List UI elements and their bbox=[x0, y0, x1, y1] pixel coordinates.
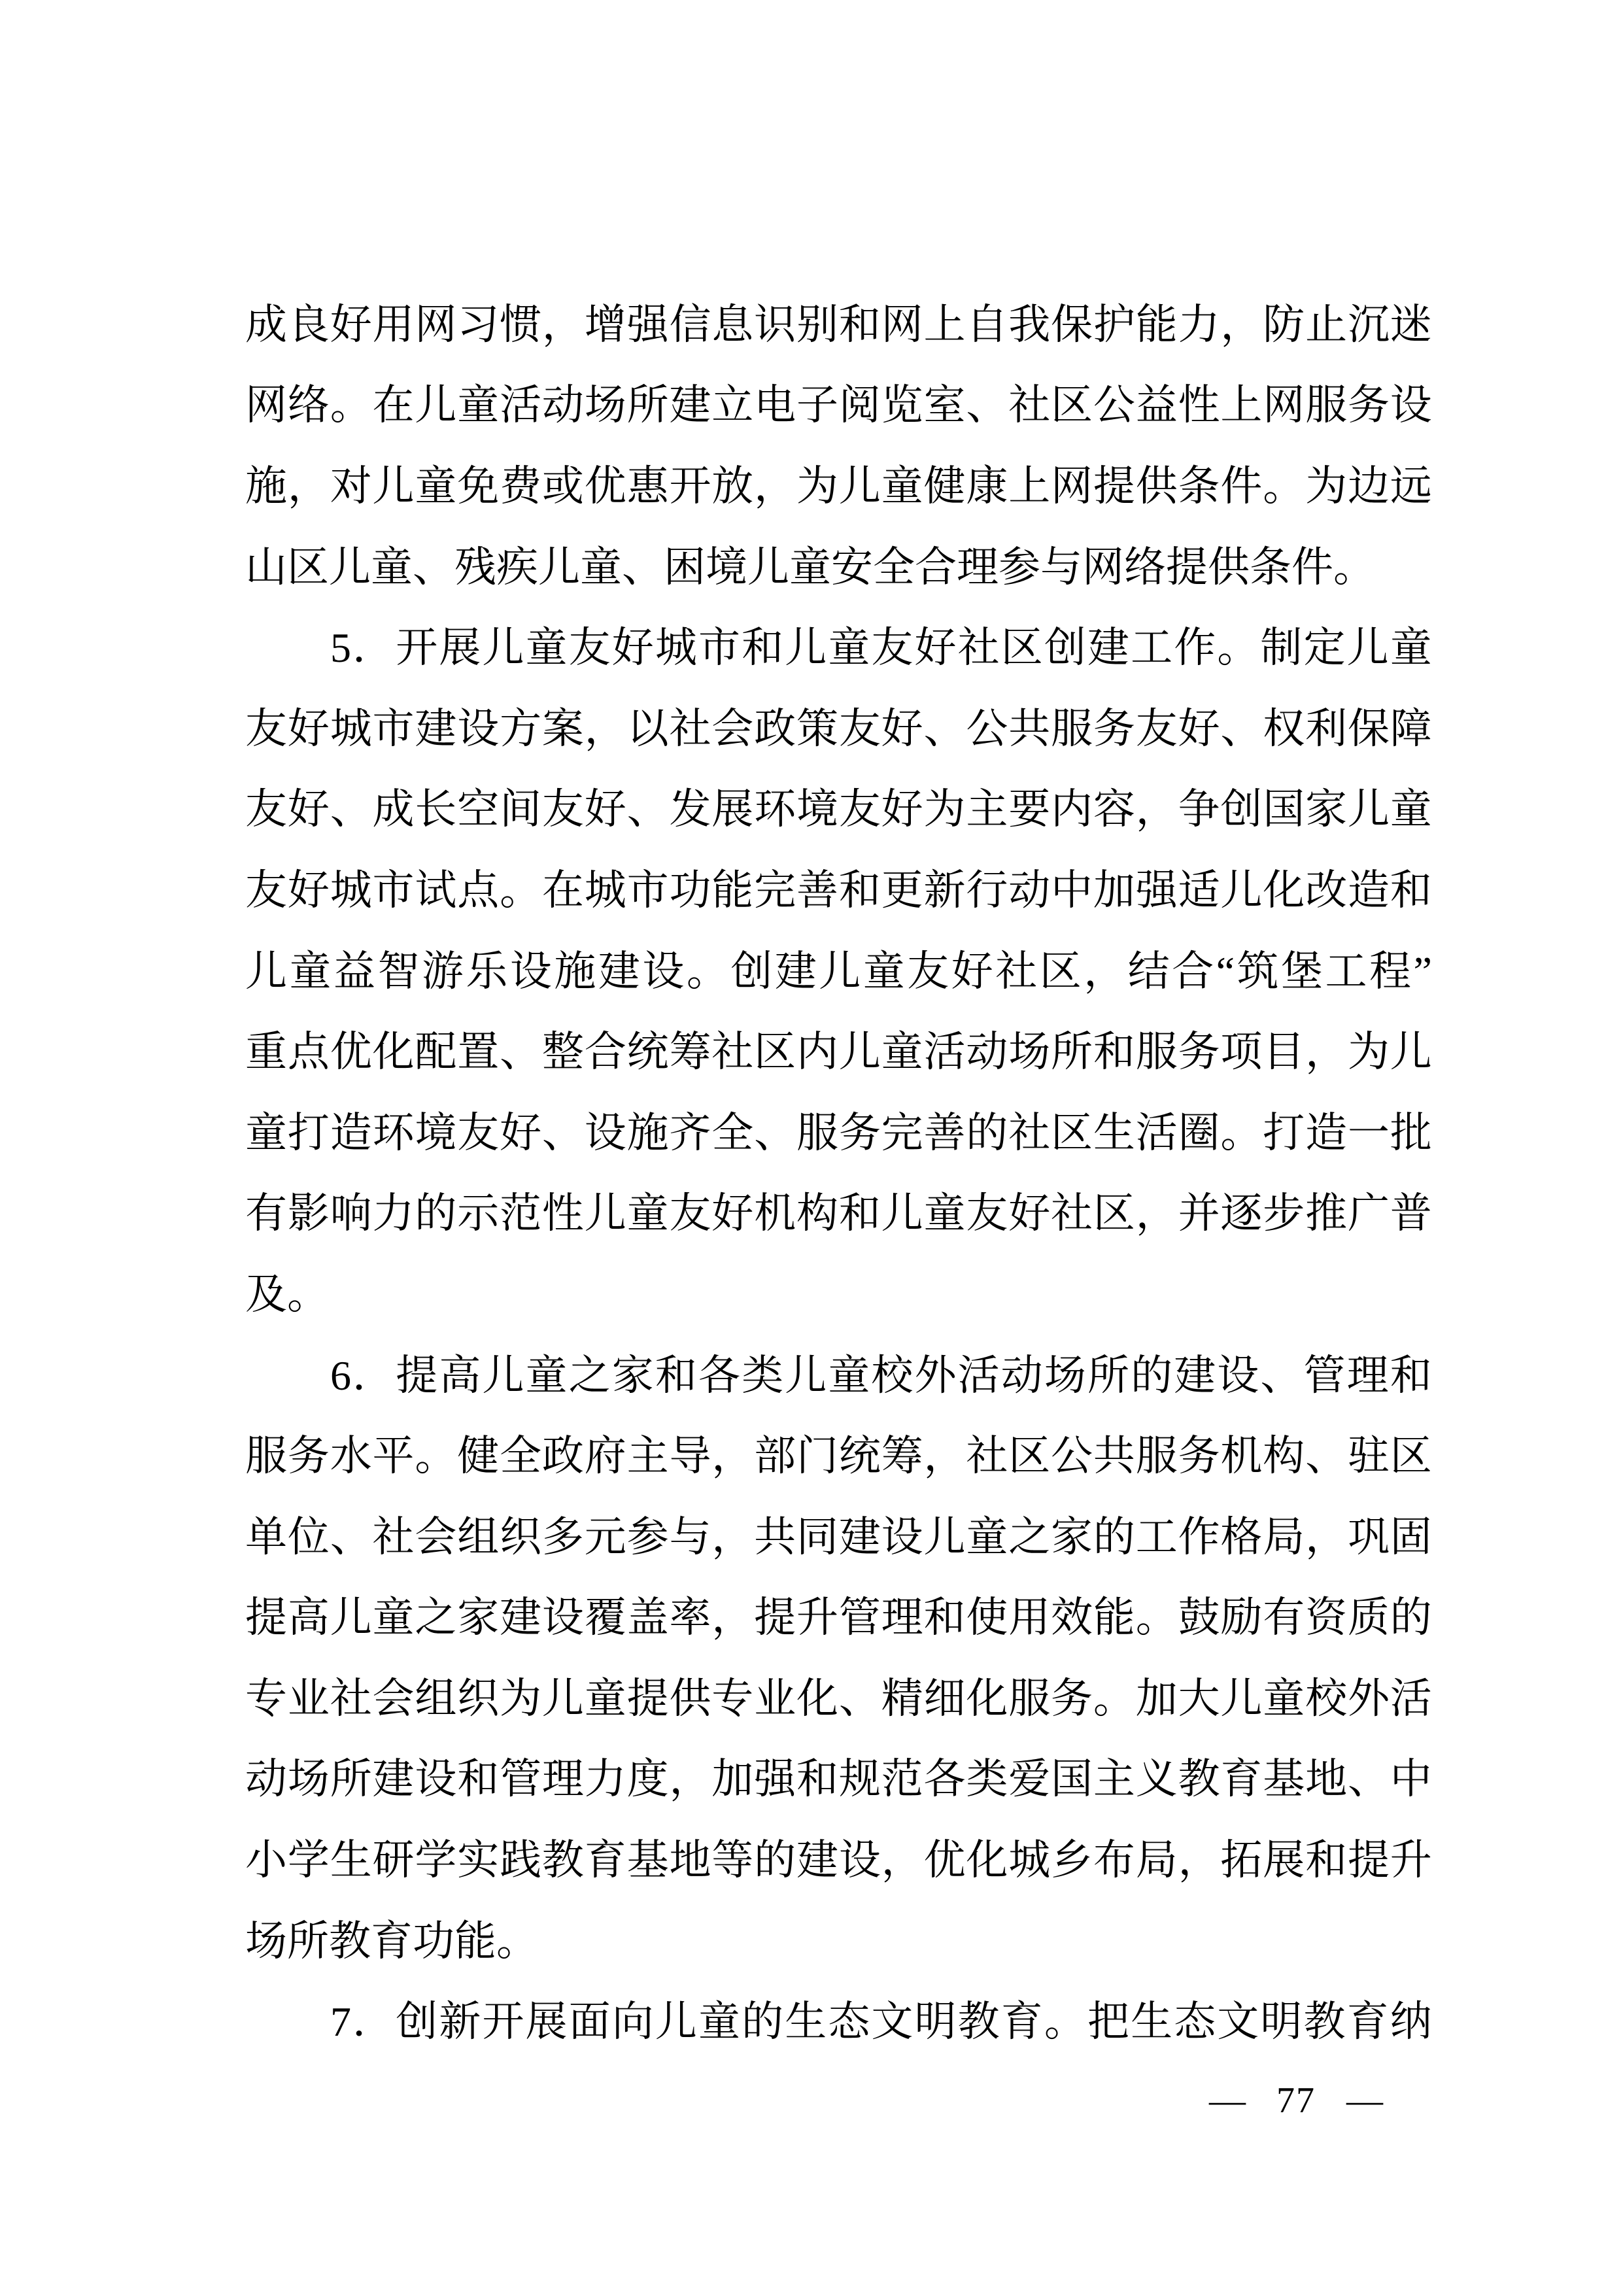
text-line: 有影响力的示范性儿童友好机构和儿童友好社区，并逐步推广普 bbox=[245, 1174, 1432, 1255]
char: 学 bbox=[288, 1840, 330, 1881]
char: 环 bbox=[373, 1112, 415, 1154]
char: 细 bbox=[924, 1678, 966, 1720]
char: 社 bbox=[711, 1031, 753, 1073]
char: 内 bbox=[796, 1031, 838, 1073]
char: 各 bbox=[924, 1758, 966, 1800]
char: 定 bbox=[1304, 627, 1346, 669]
char: 络 bbox=[1124, 547, 1166, 589]
char: 展 bbox=[1263, 1840, 1305, 1881]
char: 、 bbox=[627, 789, 669, 831]
char: 机 bbox=[754, 1193, 796, 1235]
char: 管 bbox=[1304, 1355, 1346, 1397]
char: 点 bbox=[288, 1031, 330, 1073]
char: 研 bbox=[373, 1840, 415, 1881]
char: 政 bbox=[542, 1435, 584, 1477]
char: 基 bbox=[627, 1840, 669, 1881]
char: 为 bbox=[796, 466, 838, 507]
char: 残 bbox=[454, 547, 496, 589]
char: 广 bbox=[1348, 1193, 1390, 1235]
char: 会 bbox=[415, 1516, 456, 1558]
char: 迷 bbox=[1390, 304, 1432, 346]
char: 络 bbox=[288, 385, 330, 426]
char: 童 bbox=[1390, 789, 1432, 831]
char: ． bbox=[352, 627, 394, 669]
char: 区 bbox=[1001, 627, 1043, 669]
char: 配 bbox=[415, 1031, 456, 1073]
char: 社 bbox=[958, 627, 1000, 669]
char: 国 bbox=[1263, 789, 1305, 831]
char: 公 bbox=[966, 708, 1008, 750]
char: 动 bbox=[542, 385, 584, 426]
char: 重 bbox=[245, 1031, 287, 1073]
char: 疾 bbox=[496, 547, 538, 589]
char: 儿 bbox=[881, 1193, 923, 1235]
char: 巩 bbox=[1348, 1516, 1390, 1558]
char: 批 bbox=[1390, 1112, 1432, 1154]
char: 鼓 bbox=[1178, 1597, 1220, 1639]
char: 益 bbox=[333, 951, 375, 993]
char: 童 bbox=[371, 547, 413, 589]
char: 类 bbox=[966, 1758, 1008, 1800]
char: 合 bbox=[915, 547, 957, 589]
char: 局 bbox=[1263, 1516, 1305, 1558]
char: 能 bbox=[454, 1921, 496, 1962]
char: 造 bbox=[1305, 1112, 1347, 1154]
text-line: 重点优化配置、整合统筹社区内儿童活动场所和服务项目，为儿 bbox=[245, 1012, 1432, 1093]
char: 教 bbox=[542, 1840, 584, 1881]
char: 在 bbox=[542, 870, 584, 912]
char: 为 bbox=[500, 1678, 541, 1720]
char: 区 bbox=[1051, 1112, 1093, 1154]
text-line: 场所教育功能。 bbox=[245, 1901, 1432, 1982]
char: 或 bbox=[542, 466, 584, 507]
char: 、 bbox=[542, 1112, 584, 1154]
char: 儿 bbox=[747, 547, 789, 589]
char: 止 bbox=[1305, 304, 1347, 346]
char: 与 bbox=[669, 1516, 711, 1558]
char: 工 bbox=[1136, 1516, 1178, 1558]
char: 童 bbox=[457, 385, 499, 426]
char: 社 bbox=[1008, 385, 1050, 426]
char: 和 bbox=[796, 1758, 838, 1800]
char: 公 bbox=[1051, 1435, 1093, 1477]
char: 沉 bbox=[1348, 304, 1390, 346]
char: 7 bbox=[330, 2001, 351, 2043]
char: 设 bbox=[542, 1597, 584, 1639]
char: 。 bbox=[1217, 627, 1259, 669]
char: 合 bbox=[1172, 951, 1214, 993]
char: ， bbox=[1136, 789, 1178, 831]
char: 社 bbox=[373, 1516, 415, 1558]
char: 作 bbox=[1174, 627, 1216, 669]
char: 加 bbox=[1093, 870, 1135, 912]
char: 完 bbox=[881, 1112, 923, 1154]
char: 和 bbox=[839, 870, 881, 912]
char: 友 bbox=[669, 1193, 711, 1235]
char: 、 bbox=[622, 547, 664, 589]
char: 童 bbox=[1390, 627, 1432, 669]
char: 推 bbox=[1305, 1193, 1347, 1235]
char: 善 bbox=[796, 870, 838, 912]
char: 之 bbox=[569, 1355, 611, 1397]
char: 乐 bbox=[466, 951, 507, 993]
char: 惯 bbox=[500, 304, 541, 346]
char: 化 bbox=[1263, 870, 1305, 912]
char: 打 bbox=[288, 1112, 330, 1154]
char: 建 bbox=[415, 708, 456, 750]
char: 服 bbox=[1305, 385, 1347, 426]
char: 态 bbox=[828, 2001, 870, 2043]
char: 上 bbox=[924, 304, 966, 346]
char: 并 bbox=[1178, 1193, 1220, 1235]
char: 一 bbox=[1348, 1112, 1390, 1154]
char: 信 bbox=[669, 304, 711, 346]
char: 务 bbox=[288, 1435, 330, 1477]
char: 堡 bbox=[1281, 951, 1323, 993]
char: 的 bbox=[742, 2001, 783, 2043]
char: 城 bbox=[655, 627, 697, 669]
char: 筑 bbox=[1237, 951, 1279, 993]
char: 自 bbox=[966, 304, 1008, 346]
char: 保 bbox=[1348, 708, 1390, 750]
char: 务 bbox=[1178, 1031, 1220, 1073]
char: 所 bbox=[1051, 1031, 1093, 1073]
char: 设 bbox=[457, 708, 499, 750]
char: 影 bbox=[288, 1193, 330, 1235]
char: 织 bbox=[500, 1516, 541, 1558]
char: 。 bbox=[500, 870, 541, 912]
char: 和 bbox=[839, 304, 881, 346]
char: 作 bbox=[1178, 1516, 1220, 1558]
char: 我 bbox=[1008, 304, 1050, 346]
char: 点 bbox=[457, 870, 499, 912]
char: 社 bbox=[1008, 1112, 1050, 1154]
char: 的 bbox=[1390, 1597, 1432, 1639]
char: 和 bbox=[457, 1758, 499, 1800]
char: 活 bbox=[958, 1355, 1000, 1397]
char: 权 bbox=[1263, 708, 1305, 750]
char: 适 bbox=[1178, 870, 1220, 912]
char: 导 bbox=[669, 1435, 711, 1477]
char: 件 bbox=[1220, 466, 1262, 507]
char: 盖 bbox=[627, 1597, 669, 1639]
char: 率 bbox=[669, 1597, 711, 1639]
char: ， bbox=[1305, 1516, 1347, 1558]
char: 好 bbox=[585, 789, 626, 831]
text-line: 童打造环境友好、设施齐全、服务完善的社区生活圈。打造一批 bbox=[245, 1093, 1432, 1174]
char: ． bbox=[352, 2001, 394, 2043]
char: 好 bbox=[1178, 708, 1220, 750]
char: 所 bbox=[287, 1921, 329, 1962]
char: 童 bbox=[526, 1355, 568, 1397]
char: 力 bbox=[585, 1758, 626, 1800]
char: 理 bbox=[957, 547, 999, 589]
char: 为 bbox=[1305, 466, 1347, 507]
char: 试 bbox=[415, 870, 456, 912]
char: 专 bbox=[245, 1678, 287, 1720]
char: 的 bbox=[754, 1840, 796, 1881]
char: 儿 bbox=[415, 385, 456, 426]
char: 参 bbox=[627, 1516, 669, 1558]
char: 制 bbox=[1260, 627, 1302, 669]
char: 元 bbox=[585, 1516, 626, 1558]
char: 专 bbox=[711, 1678, 753, 1720]
char: 理 bbox=[542, 1758, 584, 1800]
char: 逐 bbox=[1220, 1193, 1262, 1235]
char: 和 bbox=[655, 1355, 697, 1397]
char: 之 bbox=[415, 1597, 456, 1639]
char: 供 bbox=[669, 1678, 711, 1720]
char: 友 bbox=[457, 1112, 499, 1154]
text-line: 及。 bbox=[245, 1254, 1432, 1335]
char: 家 bbox=[457, 1597, 499, 1639]
text-line: 7．创新开展面向儿童的生态文明教育。把生态文明教育纳 bbox=[245, 1981, 1432, 2063]
char: 条 bbox=[1178, 466, 1220, 507]
char: 业 bbox=[288, 1678, 330, 1720]
char: 完 bbox=[754, 870, 796, 912]
char: 设 bbox=[1390, 385, 1432, 426]
char: 建 bbox=[669, 385, 711, 426]
char: 要 bbox=[1008, 789, 1050, 831]
char: 大 bbox=[1178, 1678, 1220, 1720]
char: 同 bbox=[796, 1516, 838, 1558]
char: 安 bbox=[831, 547, 873, 589]
char: 好 bbox=[612, 627, 654, 669]
char: 区 bbox=[754, 1031, 796, 1073]
char: 小 bbox=[245, 1840, 287, 1881]
char: 提 bbox=[1093, 466, 1135, 507]
page-number-value: 77 bbox=[1276, 2082, 1316, 2119]
char: 童 bbox=[966, 1516, 1008, 1558]
char: 友 bbox=[839, 708, 881, 750]
char: 益 bbox=[1136, 385, 1178, 426]
char: 地 bbox=[669, 1840, 711, 1881]
char: 童 bbox=[627, 1193, 669, 1235]
char: 校 bbox=[871, 1355, 913, 1397]
char: 境 bbox=[796, 789, 838, 831]
char: 施 bbox=[554, 951, 596, 993]
char: 位 bbox=[288, 1516, 330, 1558]
char: 儿 bbox=[542, 1678, 584, 1720]
char: 康 bbox=[966, 466, 1008, 507]
char: 水 bbox=[330, 1435, 372, 1477]
char: 费 bbox=[500, 466, 541, 507]
char: 建 bbox=[1087, 627, 1129, 669]
char: 动 bbox=[1001, 1355, 1043, 1397]
char: 会 bbox=[711, 708, 753, 750]
char: 习 bbox=[457, 304, 499, 346]
text-line: 成良好用网习惯，增强信息识别和网上自我保护能力，防止沉迷 bbox=[245, 284, 1432, 366]
char: 儿 bbox=[538, 547, 580, 589]
char: 构 bbox=[796, 1193, 838, 1235]
char: 行 bbox=[966, 870, 1008, 912]
char: 地 bbox=[1305, 1758, 1347, 1800]
text-line: 提高儿童之家建设覆盖率，提升管理和使用效能。鼓励有资质的 bbox=[245, 1578, 1432, 1659]
char: 边 bbox=[1348, 466, 1390, 507]
char: 家 bbox=[612, 1355, 654, 1397]
char: 用 bbox=[1008, 1597, 1050, 1639]
char: 学 bbox=[415, 1840, 456, 1881]
char: 主 bbox=[966, 789, 1008, 831]
char: 网 bbox=[245, 385, 287, 426]
char: 设 bbox=[1217, 1355, 1259, 1397]
text-line: 单位、社会组织多元参与，共同建设儿童之家的工作格局，巩固 bbox=[245, 1497, 1432, 1578]
char: 儿 bbox=[1390, 1031, 1432, 1073]
char: 升 bbox=[796, 1597, 838, 1639]
char: 资 bbox=[1305, 1597, 1347, 1639]
char: 范 bbox=[881, 1758, 923, 1800]
char: 童 bbox=[526, 627, 568, 669]
char: 整 bbox=[542, 1031, 584, 1073]
char: 有 bbox=[245, 1193, 287, 1235]
char: 好 bbox=[288, 870, 330, 912]
char: 容 bbox=[1093, 789, 1135, 831]
char: ， bbox=[585, 708, 626, 750]
char: 好 bbox=[711, 1193, 753, 1235]
char: 童 bbox=[698, 2001, 740, 2043]
char: ， bbox=[1220, 304, 1262, 346]
char: 设 bbox=[839, 1840, 881, 1881]
char: 全 bbox=[873, 547, 915, 589]
text-line: 服务水平。健全政府主导，部门统筹，社区公共服务机构、驻区 bbox=[245, 1416, 1432, 1497]
text-line: 山区儿童、残疾儿童、困境儿童安全合理参与网络提供条件。 bbox=[245, 527, 1432, 608]
char: 单 bbox=[245, 1516, 287, 1558]
char: 程 bbox=[1369, 951, 1411, 993]
char: 建 bbox=[500, 1597, 541, 1639]
char: 、 bbox=[1260, 1355, 1302, 1397]
char: 动 bbox=[245, 1758, 287, 1800]
char: 区 bbox=[1093, 1193, 1135, 1235]
char: 童 bbox=[245, 1112, 287, 1154]
char: 童 bbox=[585, 1678, 626, 1720]
char: 布 bbox=[1093, 1840, 1135, 1881]
char: 加 bbox=[711, 1758, 753, 1800]
char: 好 bbox=[915, 627, 957, 669]
char: 童 bbox=[1263, 1678, 1305, 1720]
char: 童 bbox=[881, 466, 923, 507]
char: 圈 bbox=[1178, 1112, 1220, 1154]
char: 齐 bbox=[669, 1112, 711, 1154]
char: 长 bbox=[415, 789, 456, 831]
char: 把 bbox=[1087, 2001, 1129, 2043]
char: 强 bbox=[627, 304, 669, 346]
char: 活 bbox=[500, 385, 541, 426]
char: 市 bbox=[698, 627, 740, 669]
char: 息 bbox=[711, 304, 753, 346]
char: 响 bbox=[330, 1193, 372, 1235]
char: 优 bbox=[585, 466, 626, 507]
char: 儿 bbox=[785, 627, 827, 669]
char: 市 bbox=[373, 708, 415, 750]
char: 和 bbox=[1305, 1840, 1347, 1881]
char: 童 bbox=[789, 547, 831, 589]
char: 效 bbox=[1051, 1597, 1093, 1639]
char: 力 bbox=[1178, 304, 1220, 346]
char: 上 bbox=[1008, 466, 1050, 507]
char: 。 bbox=[330, 385, 372, 426]
text-line: 6．提高儿童之家和各类儿童校外活动场所的建设、管理和 bbox=[245, 1335, 1432, 1416]
char: 以 bbox=[627, 708, 669, 750]
char: 育 bbox=[371, 1921, 413, 1962]
char: 教 bbox=[329, 1921, 371, 1962]
char: 开 bbox=[482, 2001, 524, 2043]
char: 有 bbox=[1263, 1597, 1305, 1639]
char: 施 bbox=[245, 466, 287, 507]
body-text: 成良好用网习惯，增强信息识别和网上自我保护能力，防止沉迷 网络。在儿童活动场所建… bbox=[245, 284, 1432, 2063]
char: 儿 bbox=[785, 1355, 827, 1397]
char: 健 bbox=[924, 466, 966, 507]
char: 和 bbox=[839, 1193, 881, 1235]
char: 育 bbox=[1347, 2001, 1389, 2043]
char: 城 bbox=[330, 870, 372, 912]
char: 和 bbox=[742, 627, 783, 669]
char: ， bbox=[1305, 1031, 1347, 1073]
char: 上 bbox=[1220, 385, 1262, 426]
char: 儿 bbox=[1220, 870, 1262, 912]
char: 儿 bbox=[482, 627, 524, 669]
char: 和 bbox=[1390, 870, 1432, 912]
char: 区 bbox=[1040, 951, 1082, 993]
char: 业 bbox=[754, 1678, 796, 1720]
char: 中 bbox=[1051, 870, 1093, 912]
char: 服 bbox=[1136, 1435, 1178, 1477]
char: 的 bbox=[415, 1193, 456, 1235]
char: 育 bbox=[585, 1840, 626, 1881]
char: 城 bbox=[330, 708, 372, 750]
char: 和 bbox=[924, 1597, 966, 1639]
char: 、 bbox=[1348, 1758, 1390, 1800]
char: 能 bbox=[711, 870, 753, 912]
char: 门 bbox=[796, 1435, 838, 1477]
char: 童 bbox=[881, 1031, 923, 1073]
text-line: 专业社会组织为儿童提供专业化、精细化服务。加大儿童校外活 bbox=[245, 1658, 1432, 1739]
char: 化 bbox=[796, 1678, 838, 1720]
char: 儿 bbox=[245, 951, 287, 993]
char: 。 bbox=[1044, 2001, 1086, 2043]
char: 机 bbox=[1220, 1435, 1262, 1477]
char: ， bbox=[711, 1435, 753, 1477]
char: 设 bbox=[585, 1112, 626, 1154]
char: 阅 bbox=[839, 385, 881, 426]
char: 示 bbox=[457, 1193, 499, 1235]
char: 化 bbox=[373, 1031, 415, 1073]
page-number-dash-left: — bbox=[1209, 2082, 1246, 2119]
char: 网 bbox=[1263, 385, 1305, 426]
char: 置 bbox=[457, 1031, 499, 1073]
char: 更 bbox=[881, 870, 923, 912]
char: 励 bbox=[1220, 1597, 1262, 1639]
char: 条 bbox=[1250, 547, 1291, 589]
char: 良 bbox=[288, 304, 330, 346]
char: 纳 bbox=[1390, 2001, 1432, 2043]
char: 高 bbox=[288, 1597, 330, 1639]
char: 规 bbox=[839, 1758, 881, 1800]
char: 子 bbox=[796, 385, 838, 426]
char: 固 bbox=[1390, 1516, 1432, 1558]
char: 环 bbox=[754, 789, 796, 831]
char: 中 bbox=[1390, 1758, 1432, 1800]
char: 儿 bbox=[585, 1193, 626, 1235]
char: 主 bbox=[1093, 1758, 1135, 1800]
char: 城 bbox=[1008, 1840, 1050, 1881]
char: 和 bbox=[1390, 1355, 1432, 1397]
char: 构 bbox=[1263, 1435, 1305, 1477]
char: 设 bbox=[510, 951, 552, 993]
char: 优 bbox=[330, 1031, 372, 1073]
char: 打 bbox=[1263, 1112, 1305, 1154]
char: 筹 bbox=[669, 1031, 711, 1073]
char: 童 bbox=[828, 1355, 870, 1397]
